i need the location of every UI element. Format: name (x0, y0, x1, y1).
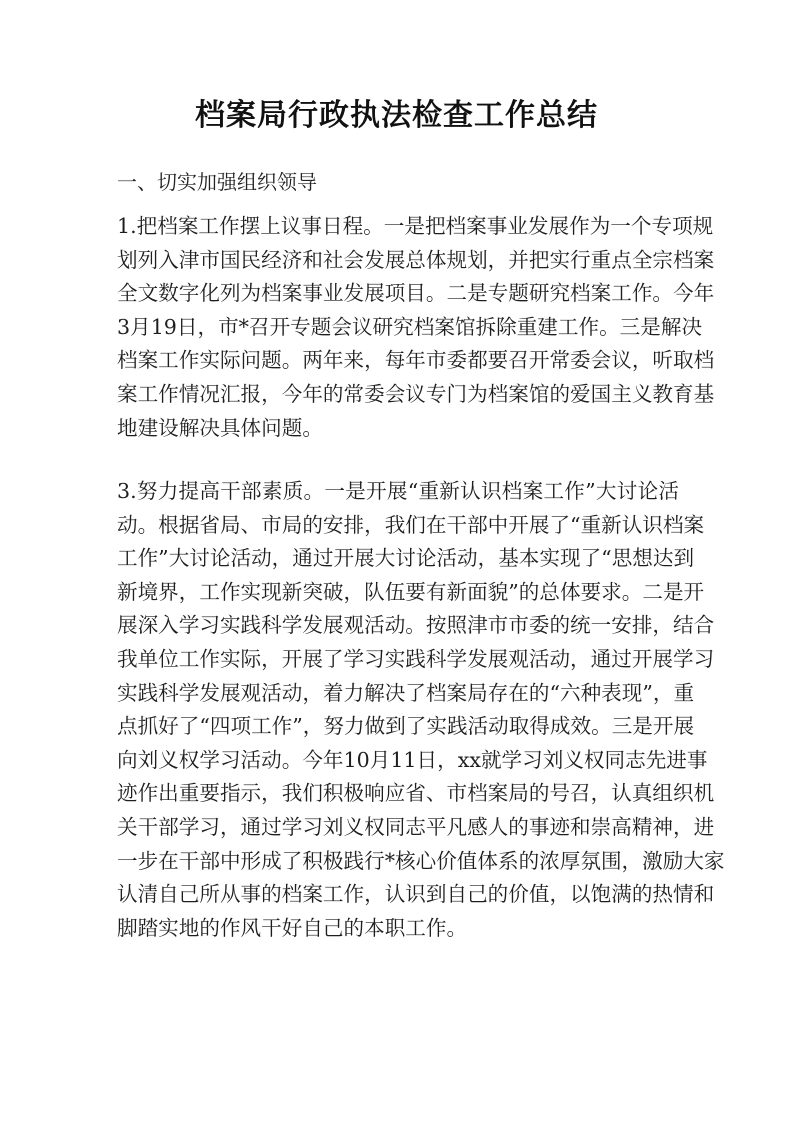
paragraph-line: 认清自己所从事的档案工作，认识到自己的价值，以饱满的热情和 (117, 878, 679, 912)
paragraph-line: 1.把档案工作摆上议事日程。一是把档案事业发展作为一个专项规 (117, 210, 679, 244)
paragraph-1: 1.把档案工作摆上议事日程。一是把档案事业发展作为一个专项规 划列入津市国民经济… (117, 210, 679, 445)
paragraph-line: 3.努力提高干部素质。一是开展“重新认识档案工作”大讨论活 (117, 475, 679, 509)
paragraph-line: 实践科学发展观活动，着力解决了档案局存在的“六种表现”，重 (117, 677, 679, 711)
paragraph-line: 3月19日，市*召开专题会议研究档案馆拆除重建工作。三是解决 (117, 311, 679, 345)
paragraph-line: 案工作情况汇报，今年的常委会议专门为档案馆的爱国主义教育基 (117, 378, 679, 412)
paragraph-line: 工作”大讨论活动，通过开展大讨论活动，基本实现了“思想达到 (117, 542, 679, 576)
section-heading: 一、切实加强组织领导 (117, 168, 317, 196)
paragraph-line: 一步在干部中形成了积极践行*核心价值体系的浓厚氛围，激励大家 (117, 845, 679, 879)
paragraph-line: 地建设解决具体问题。 (117, 412, 679, 446)
paragraph-line: 划列入津市国民经济和社会发展总体规划，并把实行重点全宗档案 (117, 244, 679, 278)
paragraph-line: 脚踏实地的作风干好自己的本职工作。 (117, 912, 679, 946)
paragraph-line: 动。根据省局、市局的安排，我们在干部中开展了“重新认识档案 (117, 509, 679, 543)
paragraph-2: 3.努力提高干部素质。一是开展“重新认识档案工作”大讨论活 动。根据省局、市局的… (117, 475, 679, 945)
paragraph-line: 我单位工作实际，开展了学习实践科学发展观活动，通过开展学习 (117, 643, 679, 677)
paragraph-line: 展深入学习实践科学发展观活动。按照津市市委的统一安排，结合 (117, 609, 679, 643)
paragraph-line: 档案工作实际问题。两年来，每年市委都要召开常委会议，听取档 (117, 344, 679, 378)
paragraph-line: 新境界，工作实现新突破，队伍要有新面貌”的总体要求。二是开 (117, 576, 679, 610)
paragraph-line: 迹作出重要指示，我们积极响应省、市档案局的号召，认真组织机 (117, 777, 679, 811)
paragraph-line: 关干部学习，通过学习刘义权同志平凡感人的事迹和崇高精神，进 (117, 811, 679, 845)
document-title: 档案局行政执法检查工作总结 (0, 96, 793, 136)
paragraph-line: 向刘义权学习活动。今年10月11日，xx就学习刘义权同志先进事 (117, 744, 679, 778)
document-page: 档案局行政执法检查工作总结 一、切实加强组织领导 1.把档案工作摆上议事日程。一… (0, 0, 793, 1122)
paragraph-line: 全文数字化列为档案事业发展项目。二是专题研究档案工作。今年 (117, 277, 679, 311)
paragraph-line: 点抓好了“四项工作”，努力做到了实践活动取得成效。三是开展 (117, 710, 679, 744)
